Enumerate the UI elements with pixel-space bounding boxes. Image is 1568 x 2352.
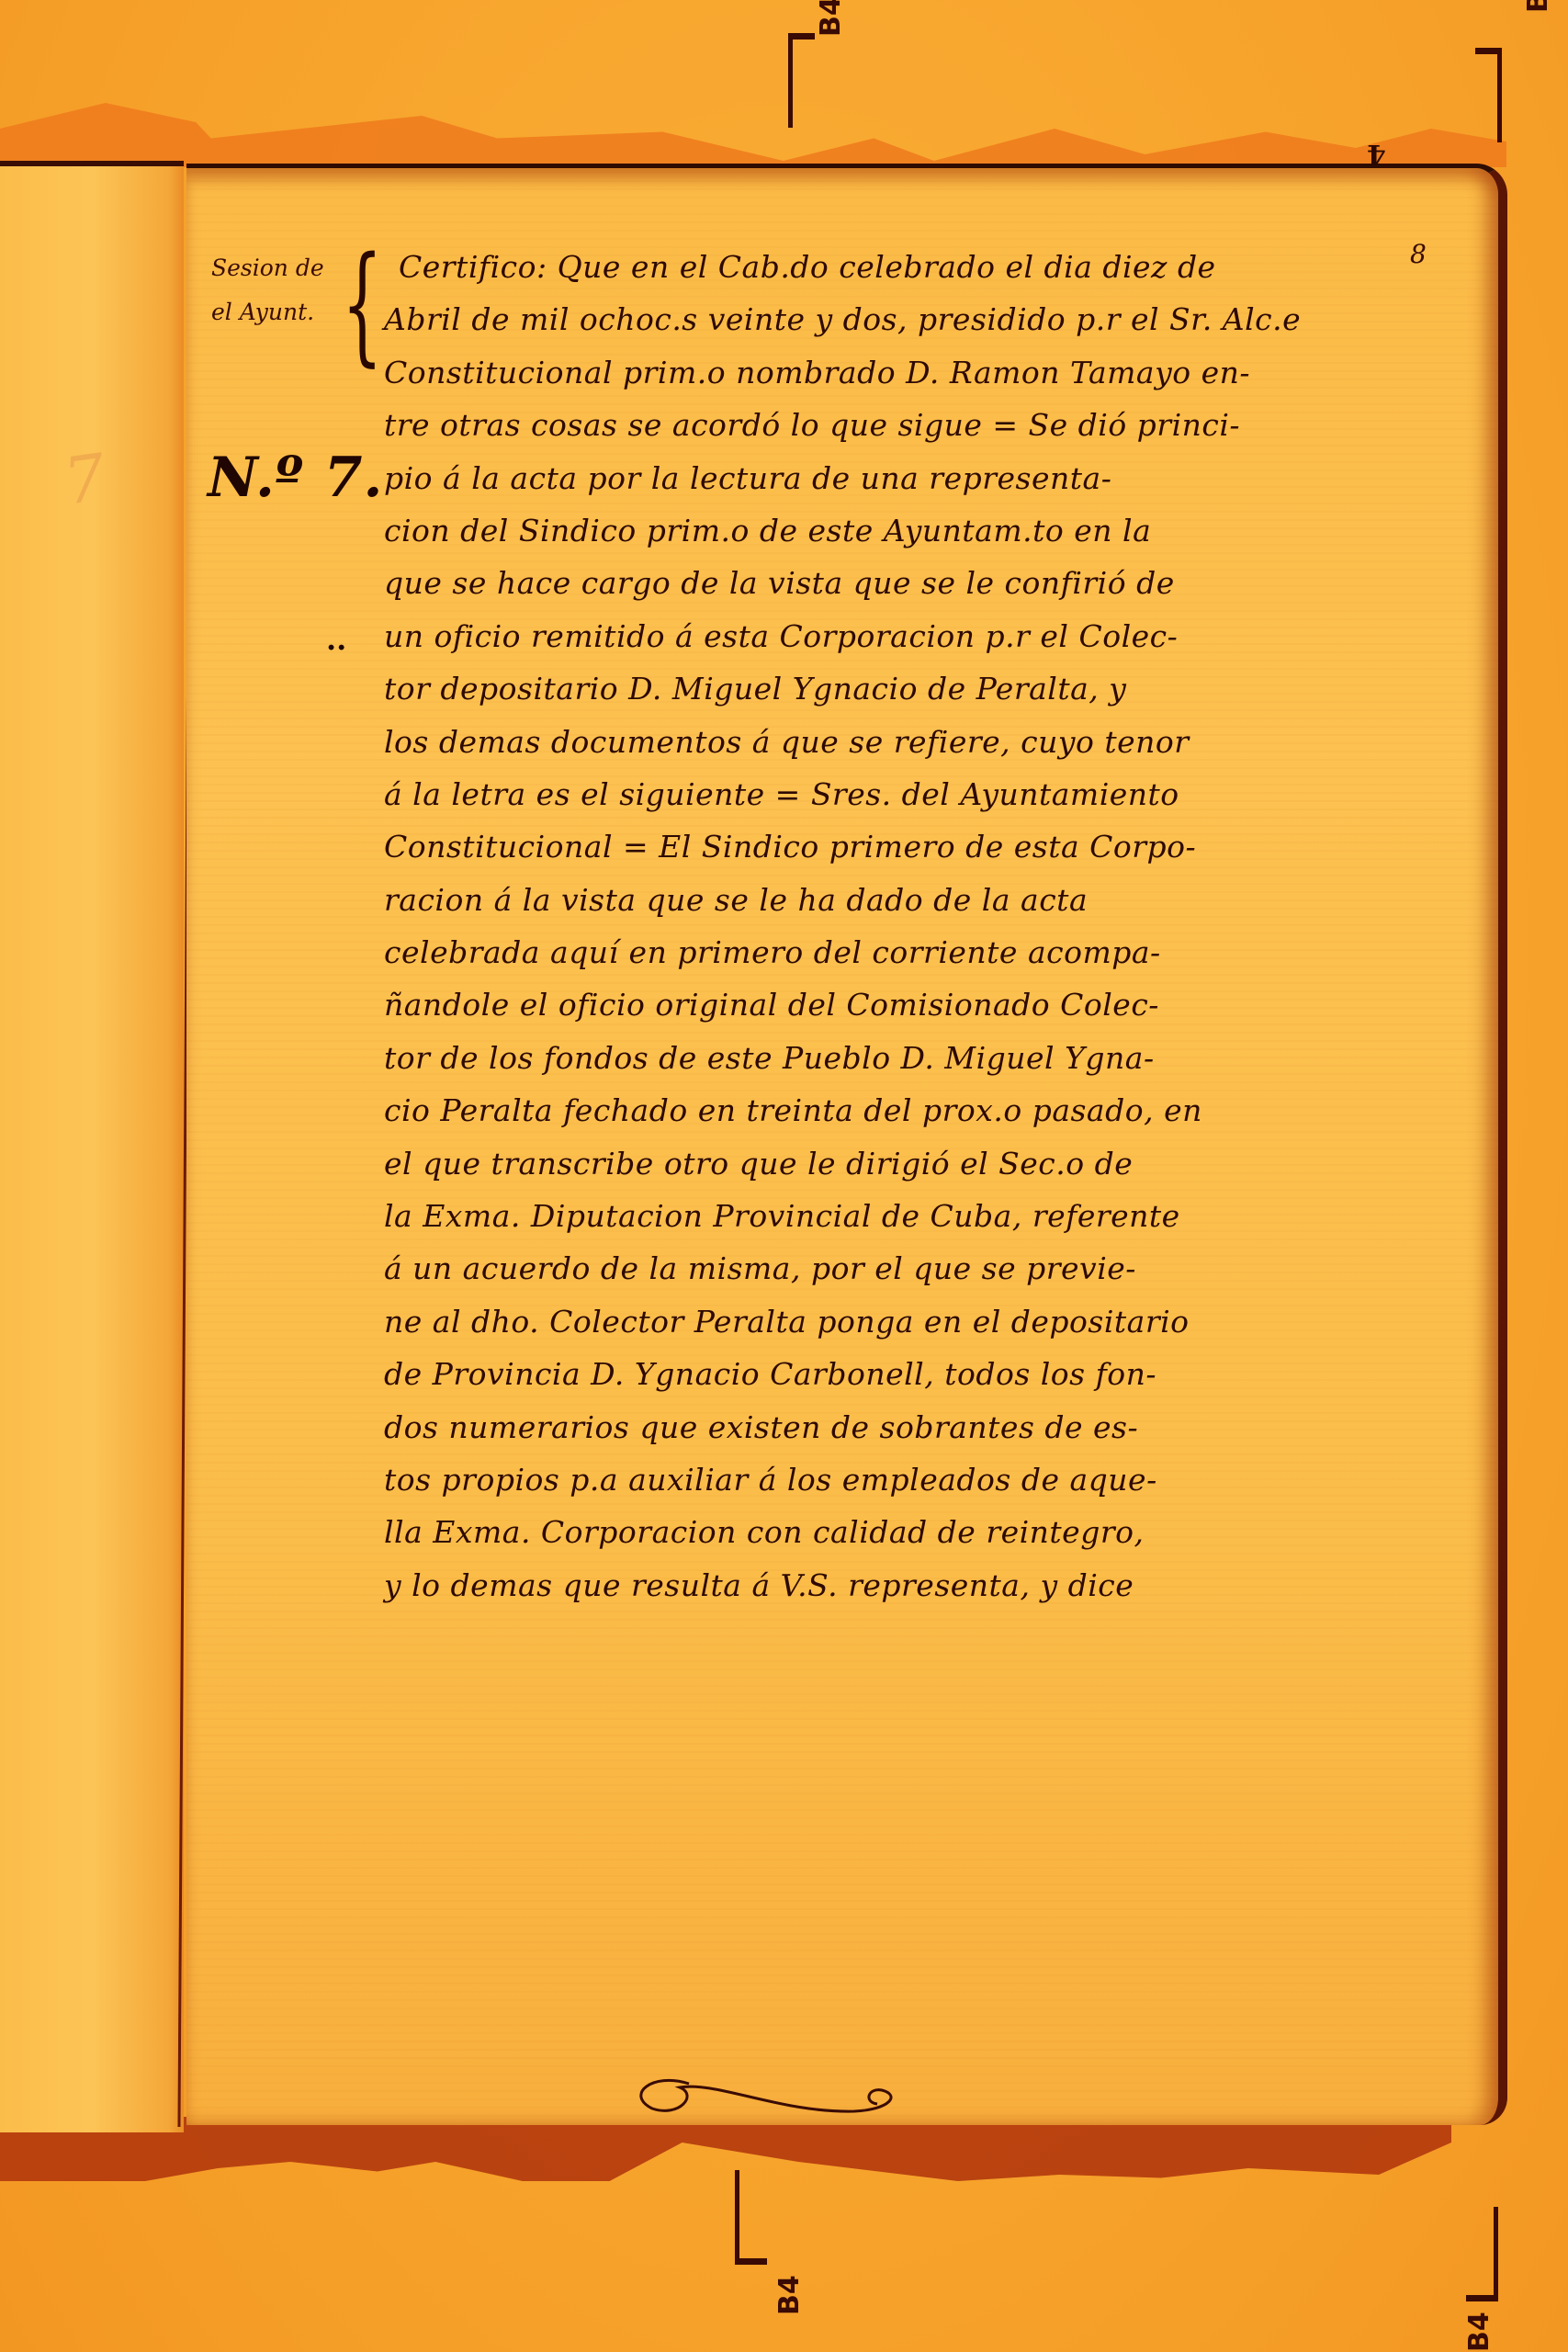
- text-line: el que transcribe otro que le dirigió el…: [384, 1137, 1477, 1190]
- text-line: tos propios p.a auxiliar á los empleados…: [384, 1453, 1477, 1506]
- text-line: á la letra es el siguiente = Sres. del A…: [384, 768, 1477, 820]
- text-line: racion á la vista que se le ha dado de l…: [384, 874, 1477, 926]
- crop-mark-top-left: [788, 33, 815, 128]
- text-line: y lo demas que resulta á V.S. representa…: [384, 1559, 1477, 1611]
- margin-note: Sesion de el Ayunt.: [211, 246, 349, 334]
- text-line: de Provincia D. Ygnacio Carbonell, todos…: [384, 1348, 1477, 1400]
- text-line: los demas documentos á que se refiere, c…: [384, 716, 1477, 768]
- margin-note-line: el Ayunt.: [211, 290, 349, 334]
- crop-label-top-right: B4: [1525, 0, 1552, 13]
- crop-label-top-left: B4: [818, 0, 845, 37]
- text-line: tre otras cosas se acordó lo que sigue =…: [384, 399, 1477, 451]
- left-facing-leaf: 7: [0, 161, 184, 2132]
- crop-label-bottom-left: B4: [776, 2275, 804, 2315]
- faint-bleed-through-mark: 7: [60, 439, 111, 519]
- text-line: que se hace cargo de la vista que se le …: [384, 557, 1477, 609]
- text-line: pio á la acta por la lectura de una repr…: [384, 452, 1477, 504]
- text-line: celebrada aquí en primero del corriente …: [384, 926, 1477, 978]
- text-line: un oficio remitido á esta Corporacion p.…: [384, 610, 1477, 662]
- crop-mark-bottom-left: [735, 2170, 767, 2265]
- margin-dots: ..: [326, 625, 346, 654]
- crop-mark-top-right: [1475, 48, 1502, 142]
- text-line: tor depositario D. Miguel Ygnacio de Per…: [384, 662, 1477, 715]
- text-line: cio Peralta fechado en treinta del prox.…: [384, 1084, 1477, 1136]
- brace-mark: {: [342, 241, 383, 369]
- crop-mark-bottom-right: [1466, 2207, 1498, 2301]
- text-line: lla Exma. Corporacion con calidad de rei…: [384, 1506, 1477, 1558]
- text-line: tor de los fondos de este Pueblo D. Migu…: [384, 1032, 1477, 1084]
- text-line: la Exma. Diputacion Provincial de Cuba, …: [384, 1190, 1477, 1242]
- text-line: Constitucional prim.o nombrado D. Ramon …: [384, 346, 1477, 399]
- text-line: á un acuerdo de la misma, por el que se …: [384, 1242, 1477, 1295]
- text-line: Certifico: Que en el Cab.do celebrado el…: [384, 241, 1477, 293]
- edge-number: 4: [1367, 138, 1386, 170]
- text-line: Constitucional = El Sindico primero de e…: [384, 820, 1477, 873]
- text-line: ne al dho. Colector Peralta ponga en el …: [384, 1295, 1477, 1348]
- text-line: cion del Sindico prim.o de este Ayuntam.…: [384, 504, 1477, 557]
- text-line: dos numerarios que existen de sobrantes …: [384, 1401, 1477, 1453]
- text-line: Abril de mil ochoc.s veinte y dos, presi…: [384, 293, 1477, 345]
- manuscript-text-body: Certifico: Que en el Cab.do celebrado el…: [384, 241, 1477, 1611]
- text-line: ñandole el oficio original del Comisiona…: [384, 978, 1477, 1031]
- margin-note-line: Sesion de: [211, 246, 349, 290]
- crop-label-bottom-right: B4: [1466, 2312, 1494, 2352]
- document-number: N.º 7.: [208, 446, 383, 510]
- ink-flourish-icon: [625, 2067, 919, 2122]
